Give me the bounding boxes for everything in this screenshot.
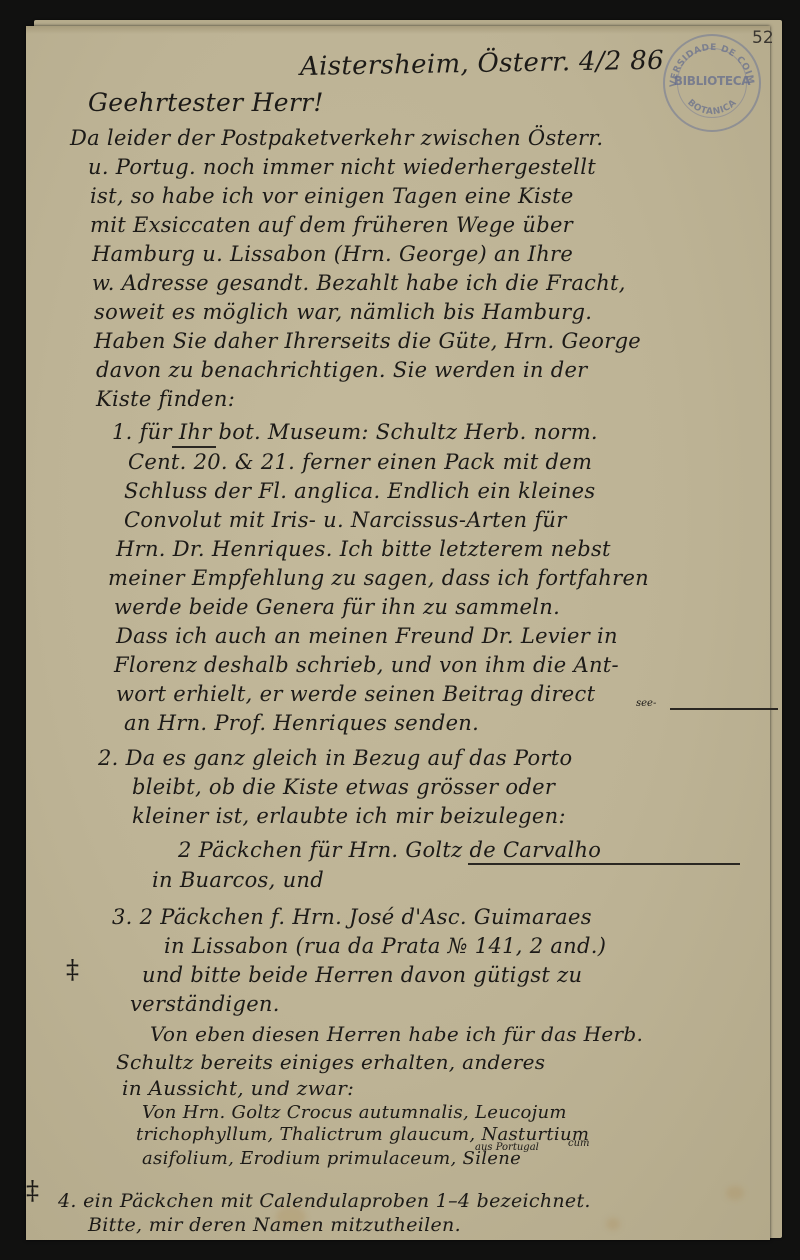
closing-line: Von Hrn. Goltz Crocus autumnalis, Leucoj… (142, 1102, 567, 1123)
item1-line: Cent. 20. & 21. ferner einen Pack mit de… (128, 450, 592, 474)
item1-line: Hrn. Dr. Henriques. Ich bitte letzterem … (116, 537, 611, 561)
item2-line: 2 Päckchen für Hrn. Goltz de Carvalho (178, 838, 601, 862)
postscript-insertion-mark: ‡ (26, 1176, 39, 1206)
body-line: soweit es möglich war, nämlich bis Hambu… (94, 300, 592, 324)
postscript-line: Bitte, mir deren Namen mitzutheilen. (88, 1214, 461, 1236)
correction-superscript: cum (568, 1138, 590, 1149)
salutation: Geehrtester Herr! (88, 88, 324, 117)
postscript-superscript: aus Portugal (475, 1142, 539, 1153)
item3-line: 3. 2 Päckchen f. Hrn. José d'Asc. Guimar… (112, 905, 592, 929)
closing-line: Von eben diesen Herren habe ich für das … (150, 1022, 643, 1046)
margin-insertion-mark: ‡ (66, 955, 79, 985)
body-line: Da leider der Postpaketverkehr zwischen … (70, 126, 603, 150)
item2-line: bleibt, ob die Kiste etwas grösser oder (132, 775, 555, 799)
item1-line: an Hrn. Prof. Henriques senden. (124, 711, 479, 735)
item1-line: Convolut mit Iris- u. Narcissus-Arten fü… (124, 508, 567, 532)
library-stamp: UNIVERSIDADE DE COIMBRA BOTANICA BIBLIOT… (663, 34, 761, 132)
body-line: w. Adresse gesandt. Bezahlt habe ich die… (92, 271, 626, 295)
closing-line: Schultz bereits einiges erhalten, andere… (116, 1050, 545, 1074)
body-line: ist, so habe ich vor einigen Tagen eine … (90, 184, 574, 208)
body-line: u. Portug. noch immer nicht wiederherges… (88, 155, 596, 179)
closing-line: in Aussicht, und zwar: (122, 1076, 354, 1100)
postscript-line: 4. ein Päckchen mit Calendulaproben 1–4 … (58, 1190, 591, 1212)
body-line: Hamburg u. Lissabon (Hrn. George) an Ihr… (92, 242, 573, 266)
paper-stain (606, 1218, 620, 1230)
body-line: Kiste finden: (96, 387, 235, 411)
item2-line: 2. Da es ganz gleich in Bezug auf das Po… (98, 746, 572, 770)
item1-line: wort erhielt, er werde seinen Beitrag di… (116, 682, 595, 706)
body-line: davon zu benachrichtigen. Sie werden in … (96, 358, 588, 382)
underline-stroke (670, 708, 778, 710)
item1-line: werde beide Genera für ihn zu sammeln. (114, 595, 560, 619)
body-line: Haben Sie daher Ihrerseits die Güte, Hrn… (94, 329, 641, 353)
scanned-letter: 52 UNIVERSIDADE DE COIMBRA BOTANICA BIBL… (0, 0, 800, 1260)
item1-line: Schluss der Fl. anglica. Endlich ein kle… (124, 479, 595, 503)
place-date: Aistersheim, Österr. 4/2 86 (300, 46, 664, 82)
body-line: mit Exsiccaten auf dem früheren Wege übe… (90, 213, 573, 237)
item1-line: 1. für Ihr bot. Museum: Schultz Herb. no… (112, 420, 598, 444)
item2-line: kleiner ist, erlaubte ich mir beizulegen… (132, 804, 566, 828)
item3-line: verständigen. (130, 992, 280, 1016)
superscript-insertion: see- (636, 698, 656, 709)
underline-stroke (468, 863, 740, 865)
item3-line: in Lissabon (rua da Prata № 141, 2 and.) (164, 934, 606, 958)
item3-line: und bitte beide Herren davon gütigst zu (142, 963, 582, 987)
stamp-center-text: BIBLIOTECA (665, 74, 759, 88)
item1-line: Florenz deshalb schrieb, und von ihm die… (114, 653, 619, 677)
item1-line: Dass ich auch an meinen Freund Dr. Levie… (116, 624, 618, 648)
closing-line: asifolium, Erodium primulaceum, Silene (142, 1148, 521, 1169)
item2-line: in Buarcos, und (152, 868, 324, 892)
underline-stroke (172, 446, 216, 448)
paper-stain (726, 1186, 744, 1200)
item1-line: meiner Empfehlung zu sagen, dass ich for… (108, 566, 649, 590)
